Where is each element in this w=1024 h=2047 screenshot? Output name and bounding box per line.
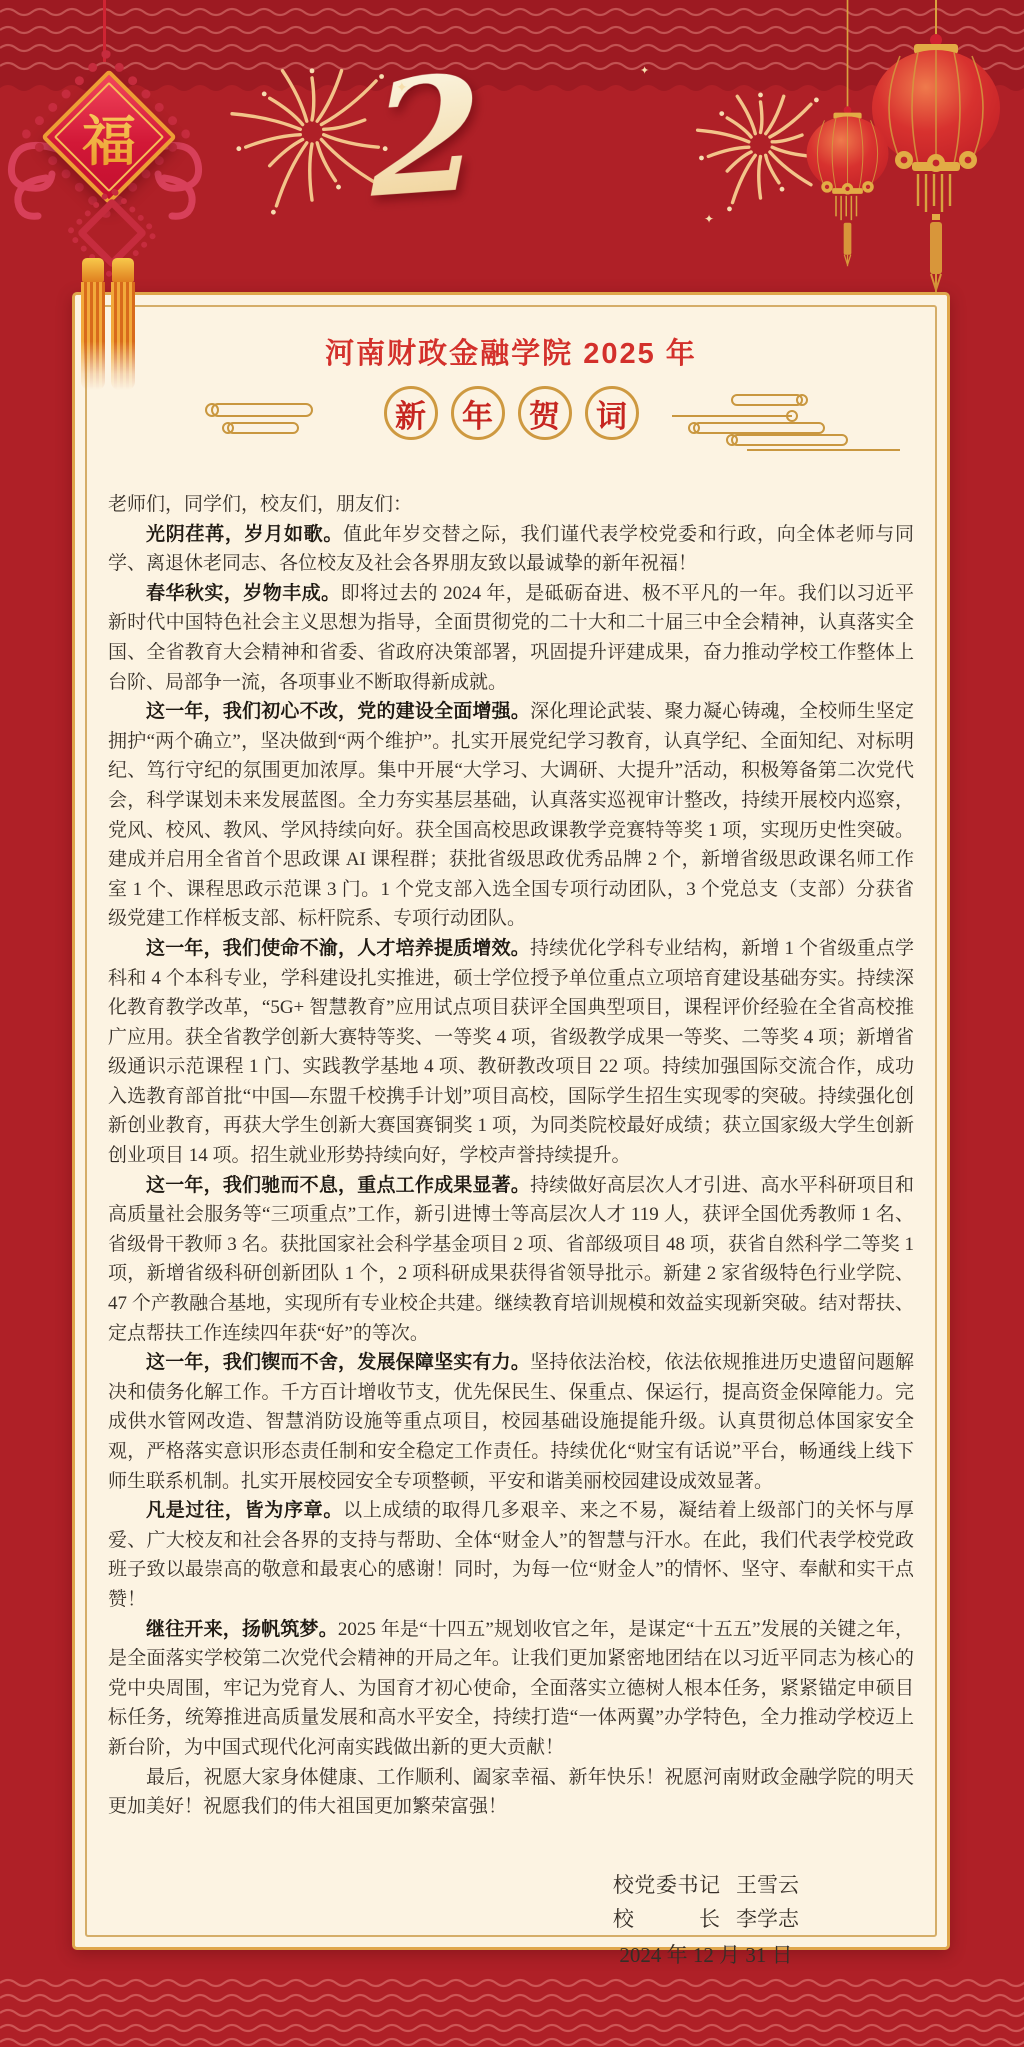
- paragraph: 继往开来，扬帆筑梦。2025 年是“十四五”规划收官之年，是谋定“十五五”发展的…: [108, 1615, 914, 1763]
- chinese-knot: 福: [0, 0, 230, 470]
- banner-char: 年: [462, 391, 493, 436]
- knot-tassel-left: [82, 258, 104, 282]
- signature-name: 王雪云: [736, 1868, 799, 1902]
- banner-char: 贺: [529, 391, 560, 436]
- banner-char: 新: [395, 391, 426, 436]
- banner-circle: 新: [384, 386, 438, 440]
- paragraph: 这一年，我们使命不渝，人才培养提质增效。持续优化学科专业结构，新增 1 个省级重…: [108, 934, 914, 1171]
- signature-line: 校党委书记 王雪云: [613, 1868, 799, 1902]
- lantern-large-icon: [872, 0, 1000, 292]
- paragraph: 春华秋实，岁物丰成。即将过去的 2024 年，是砥砺奋进、极不平凡的一年。我们以…: [108, 579, 914, 697]
- banner-circle: 词: [585, 386, 639, 440]
- hero-digit: 0: [465, 60, 583, 222]
- banner-circle: 年: [451, 386, 505, 440]
- paragraph-lead: 这一年，我们初心不改，党的建设全面增强。: [146, 701, 530, 722]
- salutation: 老师们，同学们，校友们，朋友们：: [108, 490, 914, 520]
- paragraph-lead: 继往开来，扬帆筑梦。: [146, 1619, 338, 1640]
- greeting-card: 河南财政金融学院 2025 年 新 年 贺 词 老师们，同学们，校友们，朋友们：…: [72, 292, 950, 1950]
- signature-block: 校党委书记 王雪云 校长 李学志 2024 年 12 月 31 日: [613, 1868, 799, 1972]
- signature-name: 李学志: [736, 1902, 799, 1936]
- paragraph-text: 最后，祝愿大家身体健康、工作顺利、阖家幸福、新年快乐！祝愿河南财政金融学院的明天…: [108, 1767, 914, 1818]
- sparkle-icon: ✦: [640, 64, 649, 77]
- paragraph-lead: 这一年，我们驰而不息，重点工作成果显著。: [146, 1175, 530, 1196]
- paragraph: 凡是过往，皆为序章。以上成绩的取得几多艰辛、来之不易，凝结着上级部门的关怀与厚爱…: [108, 1496, 914, 1614]
- paragraph-lead: 凡是过往，皆为序章。: [146, 1500, 343, 1521]
- cloud-right-icon: [672, 388, 902, 460]
- greeting-body: 老师们，同学们，校友们，朋友们： 光阴荏苒，岁月如歌。值此年岁交替之际，我们谨代…: [108, 490, 914, 1822]
- paragraph-text: 深化理论武装、聚力凝心铸魂，全校师生坚定拥护“两个确立”，坚决做到“两个维护”。…: [108, 701, 914, 929]
- paragraph-text: 持续优化学科专业结构，新增 1 个省级重点学科和 4 个本科专业，学科建设扎实推…: [108, 938, 914, 1166]
- lantern-small-icon: [807, 0, 889, 266]
- paragraph-lead: 春华秋实，岁物丰成。: [146, 583, 341, 604]
- signature-role: 校党委书记: [613, 1868, 720, 1902]
- paragraph: 光阴荏苒，岁月如歌。值此年岁交替之际，我们谨代表学校党委和行政，向全体老师与同学…: [108, 520, 914, 579]
- paragraph: 最后，祝愿大家身体健康、工作顺利、阖家幸福、新年快乐！祝愿河南财政金融学院的明天…: [108, 1763, 914, 1822]
- new-year-greeting-page: 2025 ✦ ✦ ✦: [0, 0, 1024, 2047]
- paragraph-text: 持续做好高层次人才引进、高水平科研项目和高质量社会服务等“三项重点”工作，新引进…: [108, 1175, 914, 1344]
- signature-line: 校长 李学志: [613, 1902, 799, 1936]
- sparkle-icon: ✦: [396, 80, 408, 96]
- banner-circle: 贺: [518, 386, 572, 440]
- lanterns: [800, 0, 1024, 330]
- hero-digit: 2: [371, 41, 473, 234]
- paragraph-lead: 这一年，我们锲而不舍，发展保障坚实有力。: [146, 1352, 530, 1373]
- paragraph: 这一年，我们锲而不舍，发展保障坚实有力。坚持依法治校，依法依规推进历史遗留问题解…: [108, 1348, 914, 1496]
- knot-tassel-right: [112, 258, 134, 282]
- paragraph: 这一年，我们初心不改，党的建设全面增强。深化理论武装、聚力凝心铸魂，全校师生坚定…: [108, 697, 914, 934]
- hero-digit: 2: [567, 31, 685, 205]
- bottom-wave-band: [0, 1971, 1024, 2047]
- knot-tassel-left: [81, 282, 105, 390]
- sparkle-icon: ✦: [704, 212, 714, 226]
- signature-date: 2024 年 12 月 31 日: [613, 1938, 799, 1972]
- fu-character: 福: [61, 93, 157, 181]
- paragraph: 这一年，我们驰而不息，重点工作成果显著。持续做好高层次人才引进、高水平科研项目和…: [108, 1171, 914, 1349]
- paragraph-lead: 光阴荏苒，岁月如歌。: [146, 524, 343, 545]
- paragraph-lead: 这一年，我们使命不渝，人才培养提质增效。: [146, 938, 530, 959]
- signature-role: 校长: [613, 1902, 720, 1936]
- knot-tassel-right: [111, 282, 135, 390]
- banner-char: 词: [596, 391, 627, 436]
